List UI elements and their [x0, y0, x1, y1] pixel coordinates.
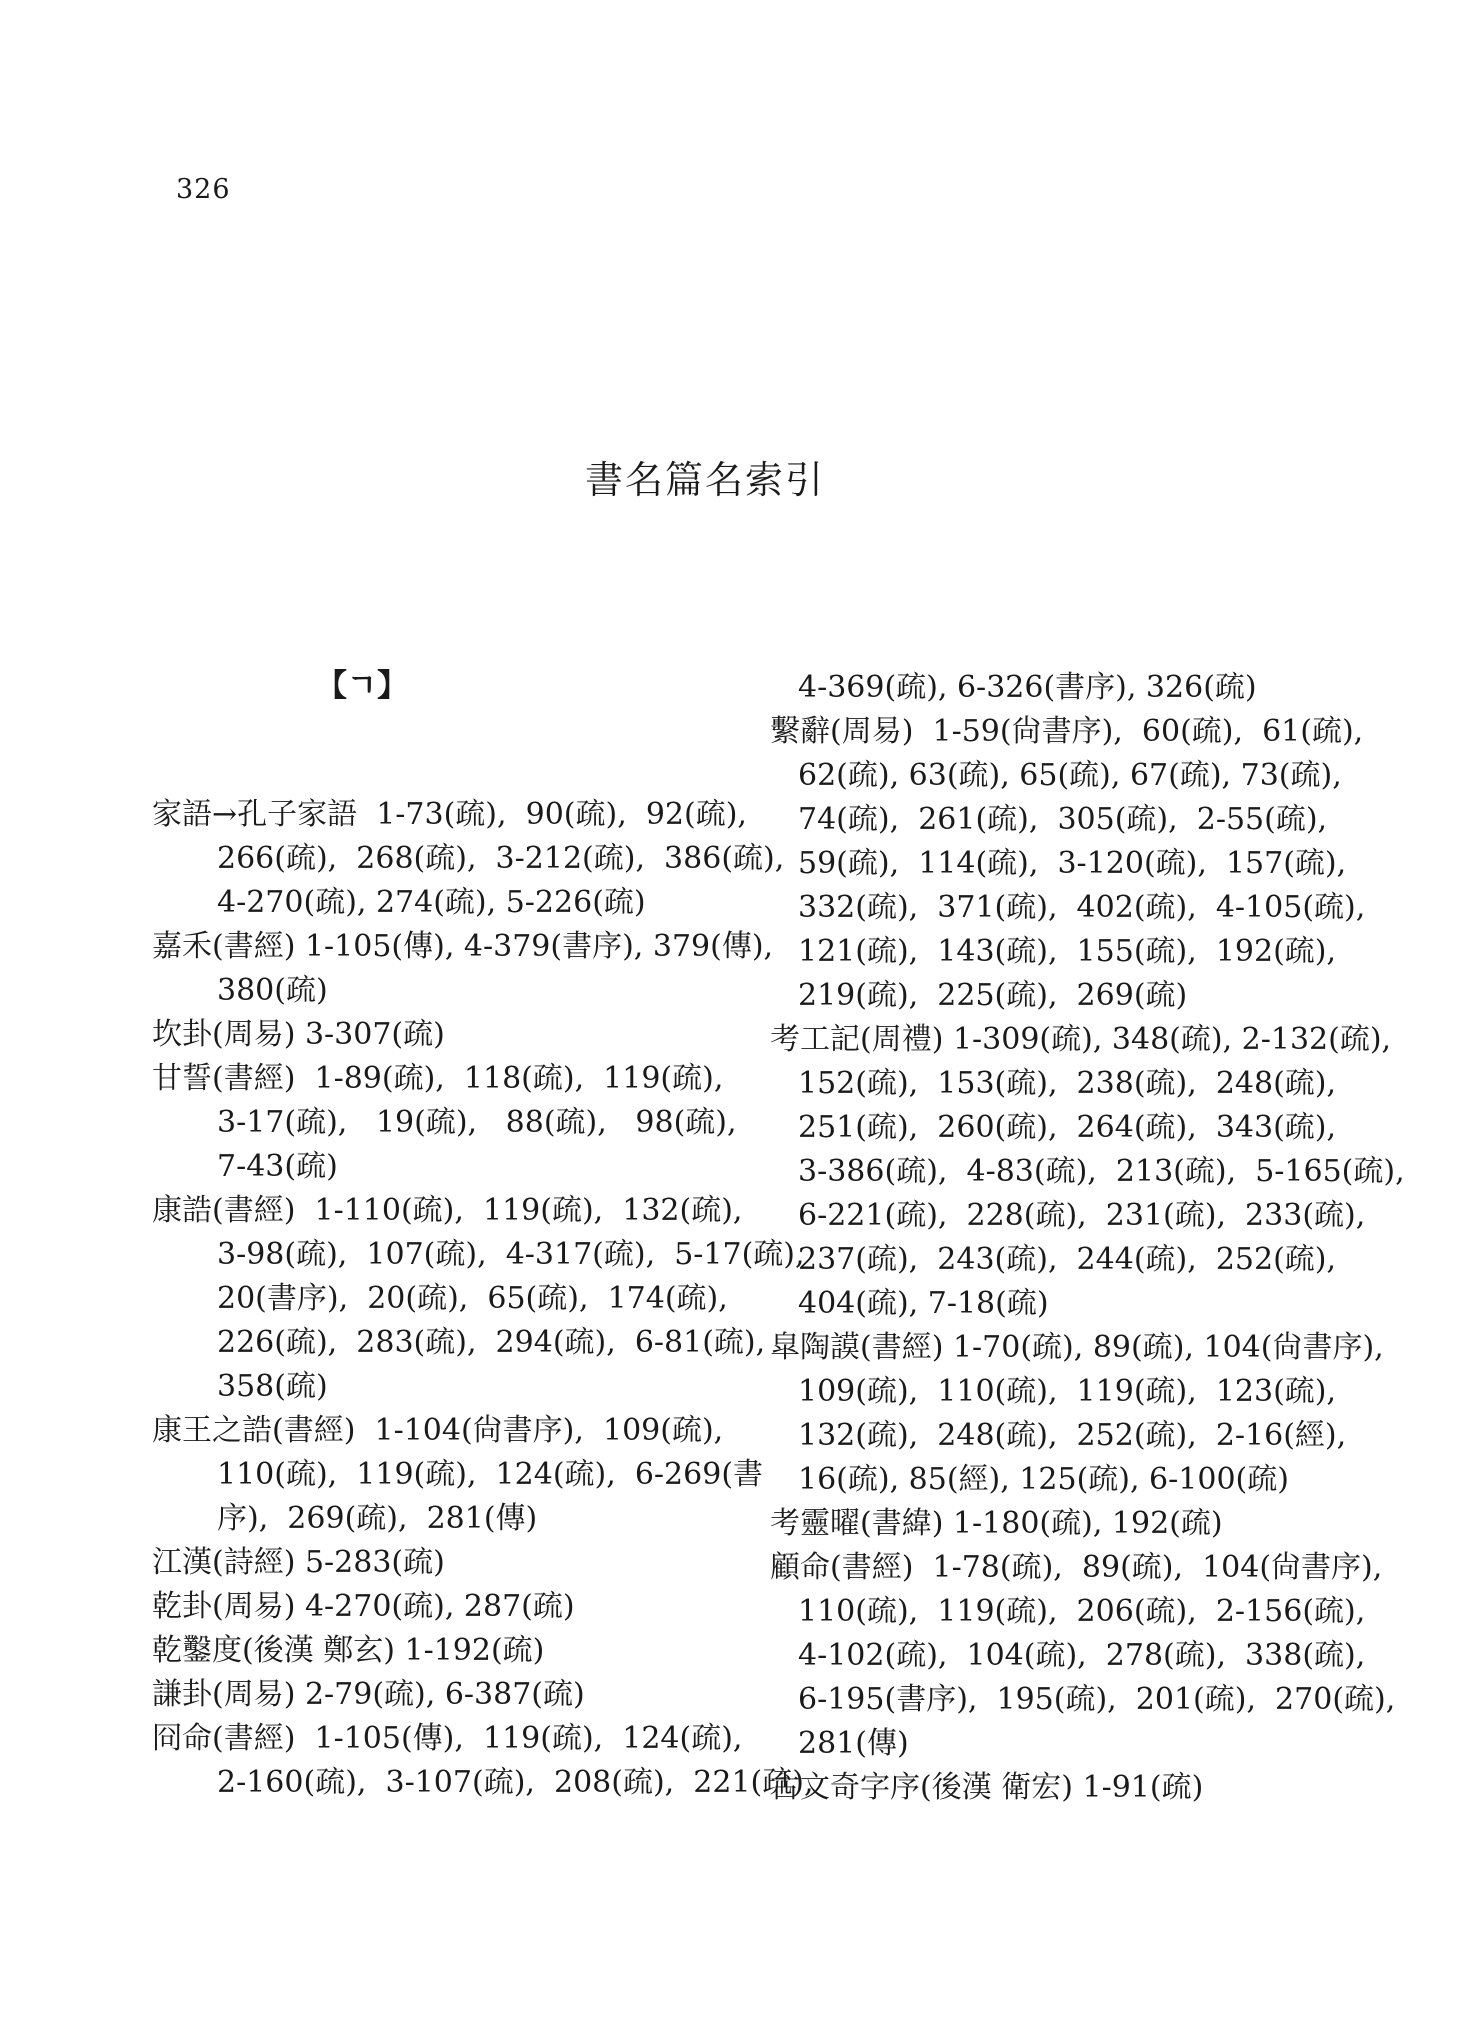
index-line: 59(疏), 114(疏), 3-120(疏), 157(疏), — [798, 842, 1350, 886]
index-line: 332(疏), 371(疏), 402(疏), 4-105(疏), — [798, 886, 1350, 930]
index-line: 237(疏), 243(疏), 244(疏), 252(疏), — [798, 1238, 1350, 1282]
right-column: 4-369(疏), 6-326(書序), 326(疏)繫辭(周易) 1-59(尙… — [770, 666, 1350, 1810]
index-line: 序), 269(疏), 281(傳) — [217, 1497, 732, 1541]
index-line: 152(疏), 153(疏), 238(疏), 248(疏), — [798, 1062, 1350, 1106]
index-line: 219(疏), 225(疏), 269(疏) — [798, 974, 1350, 1018]
index-line: 冏命(書經) 1-105(傳), 119(疏), 124(疏), — [152, 1717, 732, 1761]
index-line: 2-160(疏), 3-107(疏), 208(疏), 221(疏), — [217, 1761, 732, 1805]
index-line: 4-270(疏), 274(疏), 5-226(疏) — [217, 881, 732, 925]
index-line: 顧命(書經) 1-78(疏), 89(疏), 104(尙書序), — [770, 1546, 1350, 1590]
index-line: 110(疏), 119(疏), 206(疏), 2-156(疏), — [798, 1590, 1350, 1634]
index-line: 380(疏) — [217, 969, 732, 1013]
index-line: 404(疏), 7-18(疏) — [798, 1282, 1350, 1326]
index-line: 古文奇字序(後漢 衛宏) 1-91(疏) — [770, 1766, 1350, 1810]
index-line: 乾鑿度(後漢 鄭玄) 1-192(疏) — [152, 1629, 732, 1673]
index-line: 考靈曜(書緯) 1-180(疏), 192(疏) — [770, 1502, 1350, 1546]
index-line: 226(疏), 283(疏), 294(疏), 6-81(疏), — [217, 1321, 732, 1365]
section-marker: 【ㄱ】 — [316, 660, 408, 705]
index-line: 121(疏), 143(疏), 155(疏), 192(疏), — [798, 930, 1350, 974]
index-line: 7-43(疏) — [217, 1145, 732, 1189]
index-line: 乾卦(周易) 4-270(疏), 287(疏) — [152, 1585, 732, 1629]
index-line: 謙卦(周易) 2-79(疏), 6-387(疏) — [152, 1673, 732, 1717]
index-line: 坎卦(周易) 3-307(疏) — [152, 1013, 732, 1057]
index-line: 嘉禾(書經) 1-105(傳), 4-379(書序), 379(傳), — [152, 925, 732, 969]
index-line: 251(疏), 260(疏), 264(疏), 343(疏), — [798, 1106, 1350, 1150]
index-line: 110(疏), 119(疏), 124(疏), 6-269(書 — [217, 1453, 732, 1497]
page: { "page": { "number": "326", "title": "書… — [0, 0, 1480, 2024]
index-line: 16(疏), 85(經), 125(疏), 6-100(疏) — [798, 1458, 1350, 1502]
index-line: 康誥(書經) 1-110(疏), 119(疏), 132(疏), — [152, 1189, 732, 1233]
index-line: 江漢(詩經) 5-283(疏) — [152, 1541, 732, 1585]
index-line: 4-369(疏), 6-326(書序), 326(疏) — [798, 666, 1350, 710]
index-line: 康王之誥(書經) 1-104(尙書序), 109(疏), — [152, 1409, 732, 1453]
index-line: 4-102(疏), 104(疏), 278(疏), 338(疏), — [798, 1634, 1350, 1678]
index-line: 3-98(疏), 107(疏), 4-317(疏), 5-17(疏), — [217, 1233, 732, 1277]
index-line: 358(疏) — [217, 1365, 732, 1409]
index-line: 3-386(疏), 4-83(疏), 213(疏), 5-165(疏), — [798, 1150, 1350, 1194]
index-line: 甘誓(書經) 1-89(疏), 118(疏), 119(疏), — [152, 1057, 732, 1101]
index-line: 266(疏), 268(疏), 3-212(疏), 386(疏), — [217, 837, 732, 881]
index-line: 109(疏), 110(疏), 119(疏), 123(疏), — [798, 1370, 1350, 1414]
left-column: 家語→孔子家語 1-73(疏), 90(疏), 92(疏),266(疏), 26… — [152, 793, 732, 1805]
index-line: 281(傳) — [798, 1722, 1350, 1766]
index-line: 6-195(書序), 195(疏), 201(疏), 270(疏), — [798, 1678, 1350, 1722]
index-line: 繫辭(周易) 1-59(尙書序), 60(疏), 61(疏), — [770, 710, 1350, 754]
page-number: 326 — [176, 174, 231, 205]
page-title: 書名篇名索引 — [585, 449, 825, 504]
index-line: 皐陶謨(書經) 1-70(疏), 89(疏), 104(尙書序), — [770, 1326, 1350, 1370]
index-line: 62(疏), 63(疏), 65(疏), 67(疏), 73(疏), — [798, 754, 1350, 798]
index-line: 家語→孔子家語 1-73(疏), 90(疏), 92(疏), — [152, 793, 732, 837]
index-line: 132(疏), 248(疏), 252(疏), 2-16(經), — [798, 1414, 1350, 1458]
index-line: 20(書序), 20(疏), 65(疏), 174(疏), — [217, 1277, 732, 1321]
index-line: 74(疏), 261(疏), 305(疏), 2-55(疏), — [798, 798, 1350, 842]
index-line: 6-221(疏), 228(疏), 231(疏), 233(疏), — [798, 1194, 1350, 1238]
index-line: 考工記(周禮) 1-309(疏), 348(疏), 2-132(疏), — [770, 1018, 1350, 1062]
index-line: 3-17(疏), 19(疏), 88(疏), 98(疏), — [217, 1101, 732, 1145]
